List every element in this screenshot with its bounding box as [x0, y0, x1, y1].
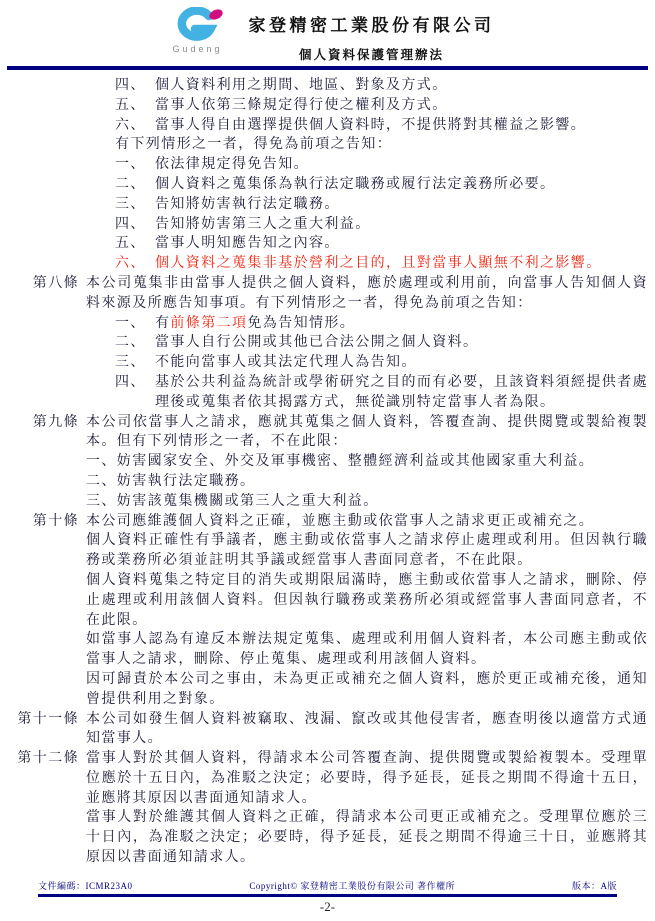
text-run: 個人資料蒐集之特定目的消失或期限屆滿時，應主動或依當事人之請求，刪除、停止處理或… — [86, 573, 648, 628]
paragraph: 一、妨害國家安全、外交及軍事機密、整體經濟利益或其他國家重大利益。 — [86, 452, 648, 472]
article-row: 第十二條當事人對於其個人資料，得請求本公司答覆查詢、提供閱覽或製給複製本。受理單… — [7, 749, 648, 808]
text-run: 免為告知情形。 — [247, 316, 355, 331]
article-row: 第十條本公司應維護個人資料之正確，並應主動或依當事人之請求更正或補充之。 — [7, 512, 648, 532]
text-run: 基於公共利益為統計或學術研究之目的而有必要，且該資料須經提供者處理後或蒐集者依其… — [155, 375, 648, 410]
list-item-number: 六、 — [115, 254, 155, 274]
list-item: 四、個人資料利用之期間、地區、對象及方式。 — [7, 76, 648, 96]
list-item-text: 個人資料之蒐集非基於營利之目的，且對當事人顯無不利之影響。 — [155, 254, 648, 274]
list-item-number: 二、 — [115, 175, 155, 195]
article-text: 本公司如發生個人資料被竊取、洩漏、竄改或其他侵害者，應查明後以適當方式通知當事人… — [86, 710, 648, 750]
list-item-number: 六、 — [115, 116, 155, 136]
article-number: 第十二條 — [7, 749, 79, 808]
highlighted-text: 個人資料之蒐集非基於營利之目的，且對當事人顯無不利之影響。 — [155, 256, 602, 271]
copyright-text: Copyright© 家登精密工業股份有限公司 著作權所 — [249, 879, 455, 892]
list-item: 四、基於公共利益為統計或學術研究之目的而有必要，且該資料須經提供者處理後或蒐集者… — [7, 373, 648, 413]
list-item: 三、不能向當事人或其法定代理人為告知。 — [7, 353, 648, 373]
list-item-number: 五、 — [115, 234, 155, 254]
text-run: 當事人自行公開或其他已合法公開之個人資料。 — [155, 335, 478, 350]
company-name: 家登精密工業股份有限公司 — [249, 11, 495, 36]
list-item-text: 個人資料之蒐集係為執行法定職務或履行法定義務所必要。 — [155, 175, 648, 195]
list-item-number: 三、 — [115, 353, 155, 373]
footer-row: 文件編碼：ICMR23A0 Copyright© 家登精密工業股份有限公司 著作… — [38, 879, 617, 892]
list-item-number: 五、 — [115, 96, 155, 116]
document-footer: 文件編碼：ICMR23A0 Copyright© 家登精密工業股份有限公司 著作… — [0, 879, 655, 921]
paragraph: 三、妨害該蒐集機關或第三人之重大利益。 — [86, 492, 648, 512]
document-title: 個人資料保護管理辦法 — [299, 45, 444, 63]
list-item: 六、個人資料之蒐集非基於營利之目的，且對當事人顯無不利之影響。 — [7, 254, 648, 274]
list-item-text: 依法律規定得免告知。 — [155, 155, 648, 175]
document-page: Gudeng 家登精密工業股份有限公司 個人資料保護管理辦法 四、個人資料利用之… — [0, 0, 655, 921]
text-run: 個人資料正確性有爭議者，應主動或依當事人之請求停止處理或利用。但因執行職務或業務… — [86, 533, 648, 568]
doc-code-label: 文件編碼：ICMR23A0 — [38, 879, 133, 892]
list-item-text: 當事人自行公開或其他已合法公開之個人資料。 — [155, 333, 648, 353]
article-row: 第十一條本公司如發生個人資料被竊取、洩漏、竄改或其他侵害者，應查明後以適當方式通… — [7, 710, 648, 750]
article-number: 第八條 — [7, 274, 79, 314]
article-text: 本公司依當事人之請求，應就其蒐集之個人資料，答覆查詢、提供閱覽或製給複製本。但有… — [86, 413, 648, 453]
list-item: 一、依法律規定得免告知。 — [7, 155, 648, 175]
text-run: 本公司蒐集非由當事人提供之個人資料，應於處理或利用前，向當事人告知個人資料來源及… — [86, 276, 648, 311]
list-item: 三、告知將妨害執行法定職務。 — [7, 195, 648, 215]
list-item: 四、告知將妨害第三人之重大利益。 — [7, 215, 648, 235]
list-item-number: 四、 — [115, 76, 155, 96]
text-run: 本公司依當事人之請求，應就其蒐集之個人資料，答覆查詢、提供閱覽或製給複製本。但有… — [86, 415, 648, 450]
text-run: 告知將妨害第三人之重大利益。 — [155, 217, 371, 232]
list-item-number: 三、 — [115, 195, 155, 215]
paragraph: 因可歸責於本公司之事由，未為更正或補充之個人資料，應於更正或補充後，通知曾提供利… — [86, 670, 648, 710]
paragraph: 二、妨害執行法定職務。 — [86, 472, 648, 492]
list-item-text: 當事人得自由選擇提供個人資料時，不提供將對其權益之影響。 — [155, 116, 648, 136]
paragraph: 如當事人認為有違反本辦法規定蒐集、處理或利用個人資料者，本公司應主動或依當事人之… — [86, 630, 648, 670]
article-text: 本公司蒐集非由當事人提供之個人資料，應於處理或利用前，向當事人告知個人資料來源及… — [86, 274, 648, 314]
paragraph: 個人資料蒐集之特定目的消失或期限屆滿時，應主動或依當事人之請求，刪除、停止處理或… — [86, 571, 648, 630]
article-number: 第十條 — [7, 512, 79, 532]
list-item: 五、當事人明知應告知之內容。 — [7, 234, 648, 254]
text-run: 個人資料利用之期間、地區、對象及方式。 — [155, 78, 448, 93]
article-number: 第九條 — [7, 413, 79, 453]
document-header: Gudeng 家登精密工業股份有限公司 個人資料保護管理辦法 — [0, 0, 655, 63]
text-run: 因可歸責於本公司之事由，未為更正或補充之個人資料，應於更正或補充後，通知曾提供利… — [86, 672, 648, 707]
list-item-text: 有前條第二項免為告知情形。 — [155, 314, 648, 334]
logo-brand-text: Gudeng — [172, 44, 222, 54]
list-item: 一、有前條第二項免為告知情形。 — [7, 314, 648, 334]
list-item: 二、個人資料之蒐集係為執行法定職務或履行法定義務所必要。 — [7, 175, 648, 195]
text-run: 告知將妨害執行法定職務。 — [155, 197, 340, 212]
text-run: 當事人明知應告知之內容。 — [155, 236, 340, 251]
paragraph: 有下列情形之一者，得免為前項之告知： — [115, 135, 648, 155]
text-run: 有下列情形之一者，得免為前項之告知： — [115, 137, 392, 152]
text-run: 不能向當事人或其法定代理人為告知。 — [155, 355, 417, 370]
text-run: 本公司如發生個人資料被竊取、洩漏、竄改或其他侵害者，應查明後以適當方式通知當事人… — [86, 712, 648, 747]
text-run: 個人資料之蒐集係為執行法定職務或履行法定義務所必要。 — [155, 177, 555, 192]
document-body: 四、個人資料利用之期間、地區、對象及方式。五、當事人依第三條規定得行使之權利及方… — [0, 70, 655, 868]
article-number: 第十一條 — [7, 710, 79, 750]
text-run: 本公司應維護個人資料之正確，並應主動或依當事人之請求更正或補充之。 — [86, 514, 594, 529]
text-run: 當事人依第三條規定得行使之權利及方式。 — [155, 98, 448, 113]
article-row: 第九條本公司依當事人之請求，應就其蒐集之個人資料，答覆查詢、提供閱覽或製給複製本… — [7, 413, 648, 453]
page-number: -2- — [0, 899, 655, 915]
list-item-number: 一、 — [115, 155, 155, 175]
article-row: 第八條本公司蒐集非由當事人提供之個人資料，應於處理或利用前，向當事人告知個人資料… — [7, 274, 648, 314]
list-item-text: 個人資料利用之期間、地區、對象及方式。 — [155, 76, 648, 96]
footer-divider — [38, 894, 617, 897]
header-titles: 家登精密工業股份有限公司 個人資料保護管理辦法 — [249, 7, 495, 63]
list-item-text: 當事人明知應告知之內容。 — [155, 234, 648, 254]
text-run: 當事人對於其個人資料，得請求本公司答覆查詢、提供閱覽或製給複製本。受理單位應於十… — [86, 751, 648, 806]
gudeng-logo-icon — [167, 7, 229, 43]
highlighted-text: 前條第二項 — [170, 316, 247, 331]
text-run: 三、妨害該蒐集機關或第三人之重大利益。 — [86, 494, 379, 509]
list-item: 六、當事人得自由選擇提供個人資料時，不提供將對其權益之影響。 — [7, 116, 648, 136]
list-item-number: 四、 — [115, 215, 155, 235]
list-item-number: 二、 — [115, 333, 155, 353]
text-run: 一、妨害國家安全、外交及軍事機密、整體經濟利益或其他國家重大利益。 — [86, 454, 594, 469]
list-item-text: 當事人依第三條規定得行使之權利及方式。 — [155, 96, 648, 116]
text-run: 依法律規定得免告知。 — [155, 157, 309, 172]
text-run: 二、妨害執行法定職務。 — [86, 474, 255, 489]
list-item-number: 一、 — [115, 314, 155, 334]
list-item-text: 告知將妨害執行法定職務。 — [155, 195, 648, 215]
text-run: 當事人對於維護其個人資料之正確，得請求本公司更正或補充之。受理單位應於三十日內，… — [86, 810, 648, 865]
company-logo: Gudeng — [161, 7, 235, 54]
paragraph: 個人資料正確性有爭議者，應主動或依當事人之請求停止處理或利用。但因執行職務或業務… — [86, 531, 648, 571]
text-run: 有 — [155, 316, 170, 331]
text-run: 當事人得自由選擇提供個人資料時，不提供將對其權益之影響。 — [155, 118, 586, 133]
text-run: 如當事人認為有違反本辦法規定蒐集、處理或利用個人資料者，本公司應主動或依當事人之… — [86, 632, 648, 667]
list-item-number: 四、 — [115, 373, 155, 413]
list-item-text: 基於公共利益為統計或學術研究之目的而有必要，且該資料須經提供者處理後或蒐集者依其… — [155, 373, 648, 413]
list-item: 二、當事人自行公開或其他已合法公開之個人資料。 — [7, 333, 648, 353]
list-item: 五、當事人依第三條規定得行使之權利及方式。 — [7, 96, 648, 116]
list-item-text: 不能向當事人或其法定代理人為告知。 — [155, 353, 648, 373]
version-label: 版本：A版 — [572, 879, 617, 892]
list-item-text: 告知將妨害第三人之重大利益。 — [155, 215, 648, 235]
article-text: 當事人對於其個人資料，得請求本公司答覆查詢、提供閱覽或製給複製本。受理單位應於十… — [86, 749, 648, 808]
article-text: 本公司應維護個人資料之正確，並應主動或依當事人之請求更正或補充之。 — [86, 512, 648, 532]
paragraph: 當事人對於維護其個人資料之正確，得請求本公司更正或補充之。受理單位應於三十日內，… — [86, 808, 648, 867]
